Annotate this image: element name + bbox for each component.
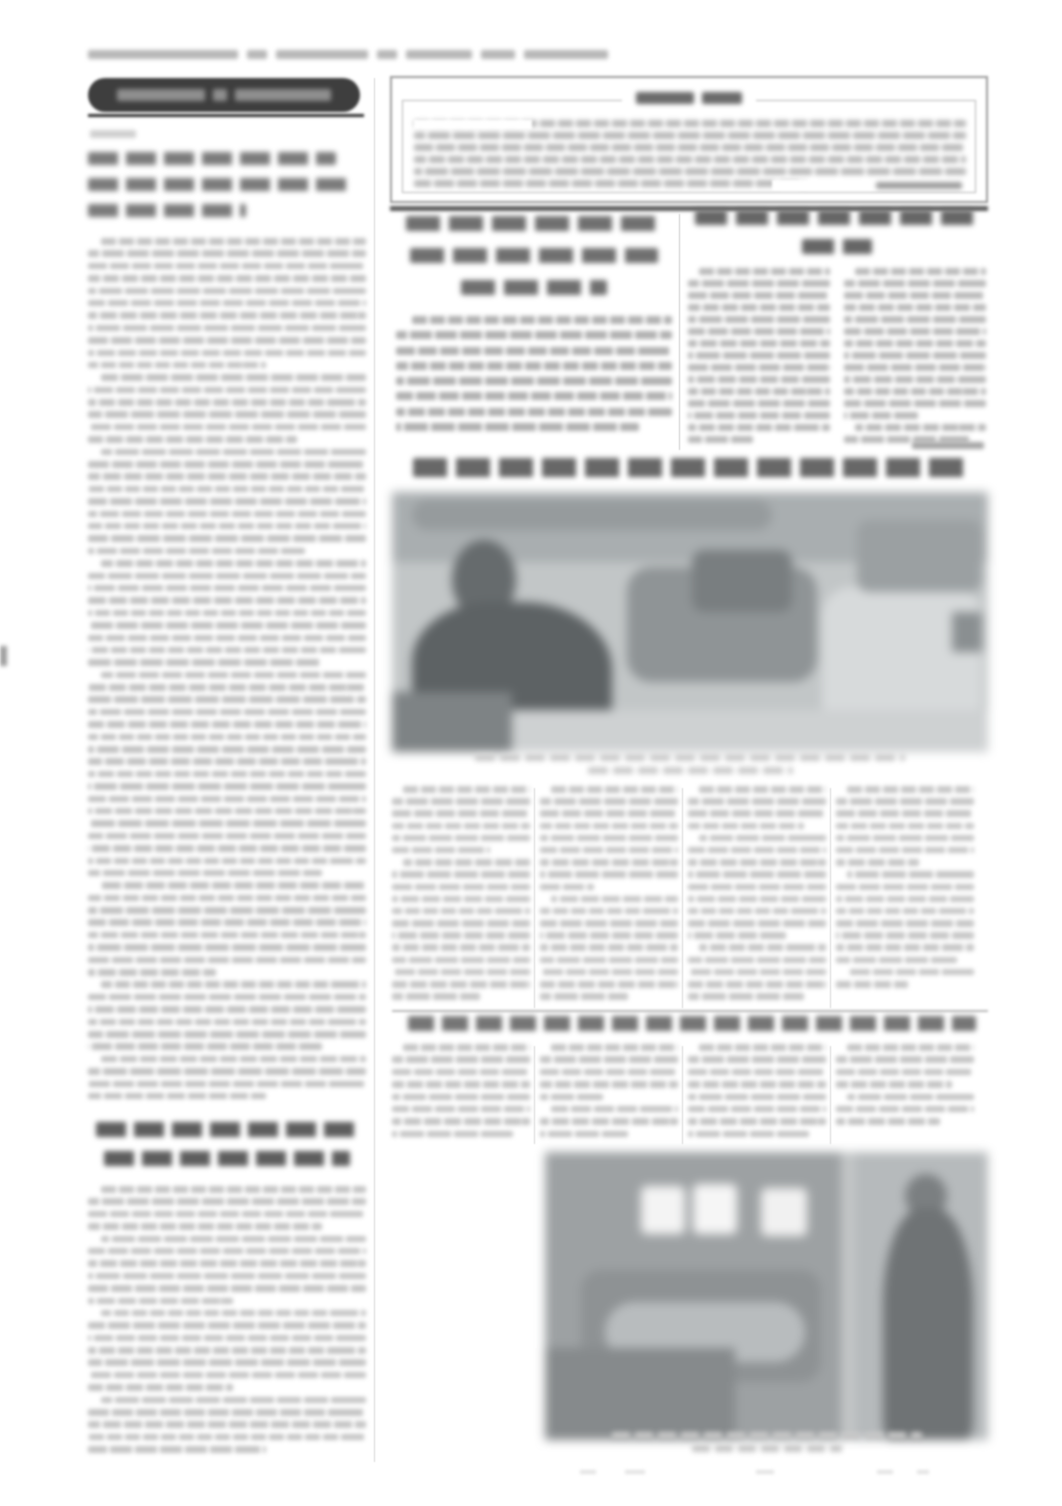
text-line xyxy=(688,1069,826,1076)
word-blob xyxy=(90,130,136,138)
text-line xyxy=(88,957,366,964)
text-line xyxy=(88,1081,366,1088)
photo2-window-1 xyxy=(641,1186,685,1234)
headline-line xyxy=(88,204,246,217)
bottom-left-body-text xyxy=(88,1186,366,1459)
nameplate-underline xyxy=(88,114,364,117)
text-line xyxy=(88,1347,366,1354)
text-line xyxy=(540,969,678,976)
photo-structure-right xyxy=(857,520,982,592)
text-line xyxy=(414,144,966,151)
text-line xyxy=(88,796,366,803)
text-line xyxy=(855,424,986,431)
text-line xyxy=(688,1106,826,1113)
lower-col-rule-1 xyxy=(534,1046,535,1144)
article-right xyxy=(688,210,986,268)
text-line xyxy=(88,709,366,716)
text-line xyxy=(836,835,974,842)
text-line xyxy=(88,1434,366,1441)
text-line xyxy=(540,884,594,891)
text-line xyxy=(540,932,678,939)
text-line xyxy=(392,1118,530,1125)
text-line xyxy=(392,823,530,830)
text-line xyxy=(88,1068,366,1075)
kicker-blob xyxy=(90,130,136,138)
text-line xyxy=(392,835,530,842)
text-line xyxy=(88,1198,366,1205)
text-line xyxy=(688,847,826,854)
text-line xyxy=(688,1118,826,1125)
text-line xyxy=(540,981,678,988)
text-line xyxy=(101,449,366,456)
word-blob xyxy=(276,50,368,59)
text-line xyxy=(101,1186,366,1193)
text-line xyxy=(699,1044,826,1051)
lower-col-rule-3 xyxy=(830,1046,831,1144)
text-line xyxy=(101,882,366,889)
photo-foreground-strip xyxy=(452,710,988,752)
headline-line xyxy=(88,178,354,191)
text-line xyxy=(88,907,366,914)
text-line xyxy=(540,1081,678,1088)
word-blob xyxy=(117,89,205,101)
word-blob xyxy=(406,50,472,59)
text-line xyxy=(88,1248,366,1255)
text-line xyxy=(836,823,974,830)
text-line xyxy=(88,362,266,369)
text-line xyxy=(88,783,366,790)
text-line xyxy=(688,920,826,927)
photo2-dark-corner xyxy=(545,1348,735,1440)
text-line xyxy=(540,1094,603,1101)
text-line xyxy=(403,1044,530,1051)
text-line xyxy=(88,870,322,877)
text-line xyxy=(88,1384,233,1391)
text-line xyxy=(88,1006,366,1013)
text-line xyxy=(699,944,826,951)
text-line xyxy=(392,932,530,939)
text-line xyxy=(688,932,786,939)
running-head xyxy=(88,50,608,59)
text-line xyxy=(392,1081,530,1088)
text-line xyxy=(414,168,966,175)
photo-dark-corner xyxy=(392,692,512,752)
text-line xyxy=(540,847,678,854)
text-line xyxy=(88,461,366,468)
text-line xyxy=(392,871,530,878)
section-nameplate xyxy=(88,78,360,112)
text-line xyxy=(688,1131,809,1138)
text-line xyxy=(88,486,366,493)
text-line xyxy=(88,585,366,592)
text-line xyxy=(688,908,826,915)
text-line xyxy=(688,896,826,903)
text-line xyxy=(396,362,672,370)
text-line xyxy=(392,993,480,1000)
text-line xyxy=(88,424,366,431)
text-line xyxy=(540,1056,678,1063)
text-line xyxy=(392,969,530,976)
text-line xyxy=(88,734,366,741)
text-line xyxy=(88,473,366,480)
text-line xyxy=(101,1236,366,1243)
text-line xyxy=(688,436,753,443)
col-rule-3 xyxy=(830,788,831,1008)
text-line xyxy=(101,1397,366,1404)
text-line xyxy=(88,1372,366,1379)
text-line xyxy=(88,659,322,666)
headline-line xyxy=(461,280,607,295)
photo2-person-silhouette xyxy=(883,1208,973,1440)
word-blob xyxy=(247,50,267,59)
lower-col-2 xyxy=(540,1044,678,1143)
text-line xyxy=(836,1081,952,1088)
text-line xyxy=(688,957,826,964)
text-line xyxy=(844,316,986,323)
photo2-window-2 xyxy=(693,1184,737,1234)
headline-line xyxy=(104,1151,350,1166)
text-line xyxy=(688,798,826,805)
text-line xyxy=(392,1069,530,1076)
text-line xyxy=(688,412,830,419)
text-line xyxy=(844,376,986,383)
text-line xyxy=(88,1298,233,1305)
text-line xyxy=(88,1421,366,1428)
text-line xyxy=(844,388,986,395)
scan-mark xyxy=(877,1470,893,1474)
text-line xyxy=(836,1069,974,1076)
text-line xyxy=(688,884,826,891)
text-line xyxy=(688,1056,826,1063)
text-line xyxy=(836,1118,940,1125)
text-line xyxy=(88,511,366,518)
text-line xyxy=(392,957,530,964)
text-line xyxy=(540,993,628,1000)
photo2-window-3 xyxy=(761,1188,807,1236)
text-line xyxy=(88,684,366,691)
text-line xyxy=(688,292,830,299)
headline-line xyxy=(413,458,971,477)
text-line xyxy=(88,1359,366,1366)
text-line xyxy=(540,798,678,805)
article-left-body-text xyxy=(396,316,672,438)
scan-edge-smudge xyxy=(0,646,7,666)
text-line xyxy=(392,847,490,854)
text-line xyxy=(403,786,530,793)
column-rule-main xyxy=(374,78,375,1462)
text-line xyxy=(88,350,366,357)
text-line xyxy=(847,786,974,793)
scan-mark xyxy=(917,1470,929,1474)
text-line xyxy=(88,845,366,852)
text-line xyxy=(88,1285,366,1292)
lower-col-3 xyxy=(688,1044,826,1143)
text-line xyxy=(392,810,530,817)
text-line xyxy=(836,859,919,866)
text-line xyxy=(688,388,830,395)
text-line xyxy=(540,957,678,964)
text-line xyxy=(836,1056,974,1063)
text-line xyxy=(699,835,826,842)
text-line xyxy=(88,436,297,443)
text-line xyxy=(392,1131,513,1138)
scan-mark xyxy=(756,1470,774,1474)
text-line xyxy=(101,981,366,988)
text-line xyxy=(847,969,974,976)
text-line xyxy=(88,944,366,951)
word-blob xyxy=(235,89,331,101)
text-line xyxy=(392,884,530,891)
text-line xyxy=(688,424,830,431)
text-line xyxy=(855,268,986,275)
text-line xyxy=(88,895,366,902)
text-line xyxy=(88,597,366,604)
text-line xyxy=(392,944,530,951)
nameplate-text-blob xyxy=(117,89,331,101)
text-line xyxy=(88,300,366,307)
text-line xyxy=(396,392,672,400)
text-line xyxy=(88,696,366,703)
text-line xyxy=(688,859,826,866)
text-line xyxy=(836,957,957,964)
text-line xyxy=(88,994,366,1001)
text-line xyxy=(688,316,830,323)
text-line xyxy=(88,1273,366,1280)
text-line xyxy=(540,1118,678,1125)
text-line xyxy=(88,635,366,642)
lead-photo-caption xyxy=(392,754,988,780)
text-line xyxy=(688,1081,826,1088)
text-line xyxy=(836,944,974,951)
text-line xyxy=(396,408,672,416)
article-right-col-b xyxy=(844,268,986,448)
text-line xyxy=(551,1106,678,1113)
text-line xyxy=(88,1335,366,1342)
headline-line xyxy=(406,216,662,231)
text-line xyxy=(844,412,918,419)
bulletin-title-blob xyxy=(622,92,756,104)
text-line xyxy=(847,1044,974,1051)
text-line xyxy=(844,280,986,287)
story-col-2 xyxy=(540,786,678,1005)
lower-col-4 xyxy=(836,1044,974,1131)
text-line xyxy=(836,908,974,915)
story-col-1 xyxy=(392,786,530,1005)
word-blob xyxy=(636,92,694,104)
bottom-left-section xyxy=(88,1122,366,1180)
text-line xyxy=(88,721,366,728)
text-line xyxy=(844,340,986,347)
text-line xyxy=(88,1043,322,1050)
text-line xyxy=(551,786,678,793)
text-line xyxy=(688,352,830,359)
text-line xyxy=(396,347,672,355)
text-line xyxy=(88,610,366,617)
text-line xyxy=(844,292,986,299)
article-right-col-a xyxy=(688,268,830,448)
bottom-left-headline xyxy=(88,1122,366,1166)
lower-col-1 xyxy=(392,1044,530,1143)
text-line xyxy=(847,1094,974,1101)
text-line xyxy=(844,352,986,359)
lead-photo xyxy=(392,492,988,752)
text-line xyxy=(88,325,366,332)
text-line xyxy=(844,400,986,407)
scan-mark xyxy=(625,1470,645,1474)
text-line xyxy=(101,238,366,245)
text-line xyxy=(540,835,678,842)
text-line xyxy=(88,312,366,319)
text-line xyxy=(88,746,366,753)
text-line xyxy=(88,275,366,282)
framed-bulletin-box xyxy=(390,76,988,203)
text-line xyxy=(540,823,678,830)
text-line xyxy=(688,993,804,1000)
headline-line xyxy=(96,1122,358,1137)
text-line xyxy=(88,250,366,257)
text-line xyxy=(101,560,366,567)
text-line xyxy=(412,316,672,324)
text-line xyxy=(844,304,986,311)
text-line xyxy=(88,498,366,505)
word-blob xyxy=(524,50,608,59)
article-divider-rule xyxy=(679,214,680,450)
bulletin-title xyxy=(392,92,986,104)
word-blob xyxy=(88,50,238,59)
article-right-headline xyxy=(688,210,986,254)
headline-line xyxy=(410,248,658,263)
text-line xyxy=(88,1211,366,1218)
text-line xyxy=(88,1093,266,1100)
text-line xyxy=(101,1056,366,1063)
text-line xyxy=(88,263,366,270)
text-line xyxy=(836,932,974,939)
text-line xyxy=(88,337,366,344)
banner-headline-1 xyxy=(396,458,988,489)
text-line xyxy=(88,647,366,654)
story-col-4 xyxy=(836,786,974,993)
text-line xyxy=(688,304,830,311)
text-line xyxy=(88,1322,366,1329)
photo-dark-speck xyxy=(952,612,982,652)
text-line xyxy=(101,672,366,679)
text-line xyxy=(836,884,974,891)
text-line xyxy=(540,810,678,817)
text-line xyxy=(688,376,830,383)
text-line xyxy=(392,908,530,915)
word-blob xyxy=(213,89,227,101)
text-line xyxy=(688,810,826,817)
text-line xyxy=(392,896,530,903)
text-line xyxy=(88,771,366,778)
text-line xyxy=(88,535,366,542)
text-line xyxy=(699,786,826,793)
text-line xyxy=(88,932,366,939)
text-line xyxy=(540,1069,678,1076)
text-line xyxy=(88,1223,322,1230)
text-line xyxy=(844,328,986,335)
second-photo xyxy=(545,1152,988,1440)
text-line xyxy=(540,920,678,927)
text-line xyxy=(88,573,366,580)
text-line xyxy=(88,1446,266,1453)
text-line xyxy=(392,920,530,927)
text-line xyxy=(392,798,530,805)
text-line xyxy=(88,1260,366,1267)
second-photo-caption xyxy=(545,1432,988,1458)
headline-line xyxy=(88,152,336,165)
text-line xyxy=(551,1044,678,1051)
headline-line xyxy=(588,767,793,774)
article-left xyxy=(396,216,672,312)
text-line xyxy=(392,1094,530,1101)
text-line xyxy=(396,331,672,339)
text-line xyxy=(88,969,216,976)
text-line xyxy=(396,377,672,385)
text-line xyxy=(540,1131,628,1138)
word-blob xyxy=(702,92,742,104)
text-line xyxy=(836,810,974,817)
text-line xyxy=(836,847,974,854)
photo2-panel-divider xyxy=(841,1152,855,1440)
left-column-body-text xyxy=(88,238,366,1105)
col-rule-2 xyxy=(682,788,683,1008)
headline-line xyxy=(475,754,905,761)
text-line xyxy=(540,944,678,951)
text-line xyxy=(88,919,366,926)
text-line xyxy=(551,896,678,903)
story-col-3 xyxy=(688,786,826,1005)
text-line xyxy=(688,981,826,988)
text-line xyxy=(836,798,974,805)
text-line xyxy=(836,920,974,927)
text-line xyxy=(88,1409,366,1416)
text-line xyxy=(392,1056,530,1063)
text-line xyxy=(396,423,639,431)
text-line xyxy=(88,399,366,406)
text-line xyxy=(88,622,366,629)
scan-mark xyxy=(580,1470,596,1474)
text-line xyxy=(540,908,678,915)
word-blob xyxy=(377,50,397,59)
text-line xyxy=(101,1310,366,1317)
text-line xyxy=(847,871,974,878)
text-line xyxy=(836,981,908,988)
lower-col-rule-2 xyxy=(682,1046,683,1144)
text-line xyxy=(88,523,366,530)
bulletin-first-line-gap xyxy=(414,120,532,129)
banner-headline-2 xyxy=(396,1016,988,1043)
text-line xyxy=(88,1031,366,1038)
text-line xyxy=(414,156,966,163)
text-line xyxy=(540,871,678,878)
text-line xyxy=(392,981,530,988)
text-line xyxy=(688,364,830,371)
text-line xyxy=(403,859,530,866)
text-line xyxy=(101,374,366,381)
word-blob xyxy=(481,50,515,59)
photo-machinery-cab xyxy=(692,550,792,612)
text-line xyxy=(88,858,366,865)
text-line xyxy=(688,400,830,407)
left-column-headline xyxy=(88,152,366,230)
text-line xyxy=(688,871,826,878)
text-line xyxy=(844,364,986,371)
article-right-signature-blob xyxy=(912,442,984,449)
col-rule-1 xyxy=(534,788,535,1008)
text-line xyxy=(88,820,366,827)
text-line xyxy=(88,833,366,840)
